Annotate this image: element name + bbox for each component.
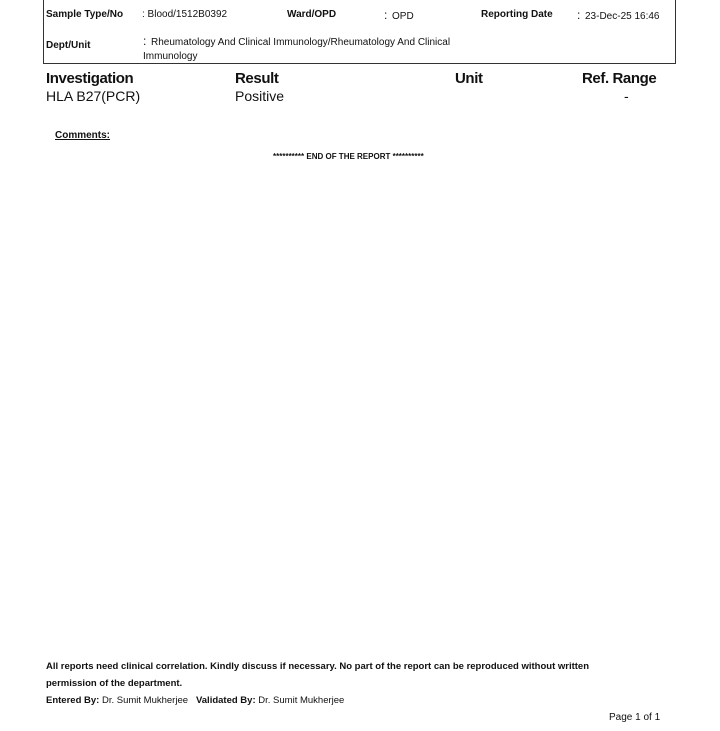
end-of-report: ********** END OF THE REPORT **********: [273, 152, 424, 161]
disclaimer-line2: permission of the department.: [46, 678, 182, 689]
ward-colon: :: [384, 8, 387, 22]
column-header-unit: Unit: [455, 70, 483, 87]
reporting-date-value: 23-Dec-25 16:46: [585, 11, 660, 22]
validated-by-value: Dr. Sumit Mukherjee: [258, 695, 344, 706]
ward-label: Ward/OPD: [287, 9, 336, 20]
entered-by-label: Entered By:: [46, 695, 99, 706]
column-header-result: Result: [235, 70, 278, 87]
dept-label: Dept/Unit: [46, 40, 90, 51]
page-number: Page 1 of 1: [609, 712, 660, 723]
sample-type-label: Sample Type/No: [46, 9, 123, 20]
validated-by-label: Validated By:: [196, 695, 256, 706]
entered-by-value: Dr. Sumit Mukherjee: [102, 695, 188, 706]
result-ref-range: -: [624, 88, 629, 104]
column-header-ref-range: Ref. Range: [582, 70, 656, 87]
column-header-investigation: Investigation: [46, 70, 133, 87]
reporting-date-label: Reporting Date: [481, 9, 553, 20]
dept-value-line2: Immunology: [143, 51, 197, 62]
patient-info-box: [43, 0, 676, 64]
ward-value: OPD: [392, 11, 414, 22]
sample-type-value: : Blood/1512B0392: [142, 9, 227, 20]
comments-label: Comments:: [55, 130, 110, 141]
dept-colon: :: [143, 34, 146, 48]
dept-value-line1: Rheumatology And Clinical Immunology/Rhe…: [151, 37, 450, 48]
entered-by: Entered By: Dr. Sumit Mukherjee Validate…: [46, 695, 344, 706]
result-investigation: HLA B27(PCR): [46, 88, 140, 104]
disclaimer-line1: All reports need clinical correlation. K…: [46, 661, 589, 672]
reporting-date-colon: :: [577, 8, 580, 22]
result-value: Positive: [235, 88, 284, 104]
